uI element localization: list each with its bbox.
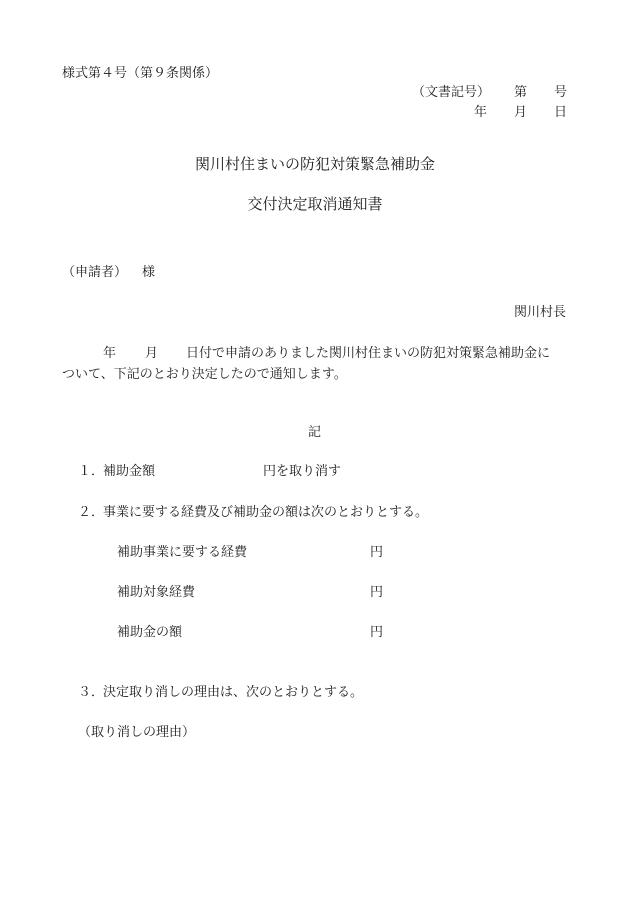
item2-row2-unit: 円 [370, 585, 383, 601]
addressee-honorific: 様 [142, 265, 155, 281]
doc-number-go: 号 [554, 85, 567, 101]
doc-number-dai: 第 [514, 85, 527, 101]
item3-number: ３． [78, 685, 104, 701]
sender: 関川村長 [514, 305, 566, 321]
item2-number: ２． [78, 505, 104, 521]
date-month: 月 [514, 105, 527, 121]
date-day: 日 [554, 105, 567, 121]
body-line1: 日付で申請のありました関川村住まいの防犯対策緊急補助金に [186, 346, 550, 362]
item2-row3-label: 補助金の額 [117, 625, 182, 641]
item1-number: １． [78, 464, 104, 480]
item2-row2-label: 補助対象経費 [117, 585, 195, 601]
item3-reason-label: （取り消しの理由） [78, 725, 195, 741]
document-title-line2: 交付決定取消通知書 [0, 195, 630, 213]
item3-label: 決定取り消しの理由は、次のとおりとする。 [103, 685, 363, 701]
addressee-label: （申請者） [62, 265, 127, 281]
item2-row3-unit: 円 [370, 625, 383, 641]
body-date-month: 月 [145, 346, 158, 362]
item1-label: 補助金額 [103, 464, 155, 480]
document-title-line1: 関川村住まいの防犯対策緊急補助金 [0, 155, 630, 173]
ki-heading: 記 [308, 425, 321, 441]
body-date-year: 年 [103, 346, 116, 362]
item1-suffix: 円を取り消す [263, 464, 341, 480]
item2-row1-unit: 円 [370, 545, 383, 561]
date-year: 年 [474, 105, 487, 121]
item2-label: 事業に要する経費及び補助金の額は次のとおりとする。 [103, 505, 428, 521]
form-number: 様式第４号（第９条関係） [62, 66, 218, 82]
doc-number-label: （文書記号） [412, 85, 490, 101]
body-line2: ついて、下記のとおり決定したので通知します。 [62, 367, 347, 383]
item2-row1-label: 補助事業に要する経費 [117, 545, 247, 561]
